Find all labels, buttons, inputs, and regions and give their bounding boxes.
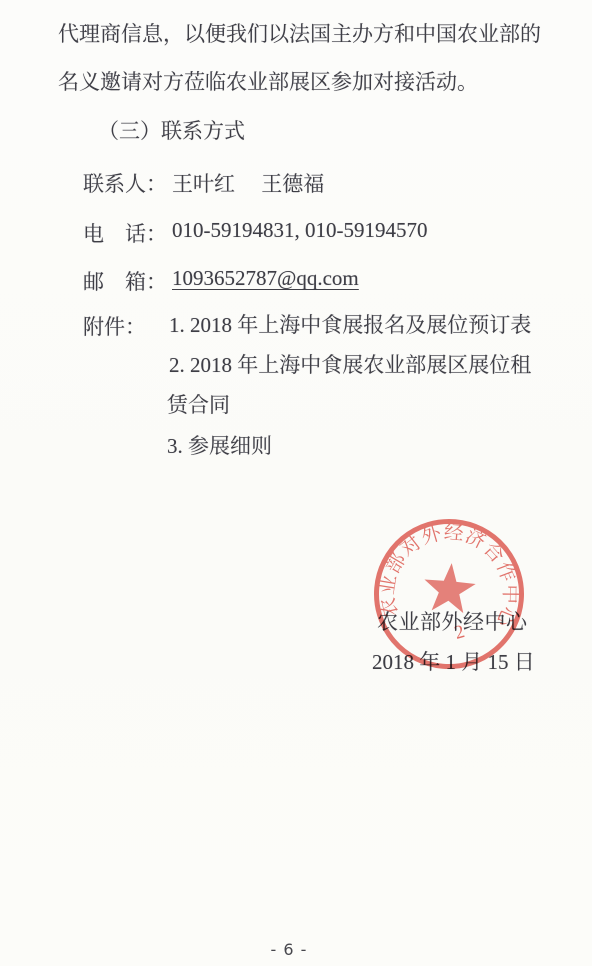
- contact-row-phone: 电 话： 010-59194831, 010-59194570: [83, 218, 592, 244]
- page-number: - 6 -: [0, 940, 578, 959]
- attachment-item-1: 1. 2018 年上海中食展报名及展位预订表: [169, 314, 531, 336]
- contact-label: 邮 箱：: [83, 266, 167, 296]
- paragraph-line-1: 代理商信息，以便我们以法国主办方和中国农业部的: [58, 23, 541, 45]
- contact-email-value: 1093652787@qq.com: [172, 266, 359, 291]
- attachment-item-2-cont: 赁合同: [167, 394, 230, 416]
- section-heading: （三）联系方式: [98, 120, 245, 142]
- attachment-item-3: 3. 参展细则: [167, 435, 272, 457]
- paragraph-line-2: 名义邀请对方莅临农业部展区参加对接活动。: [58, 71, 478, 93]
- seal-star-icon: [422, 561, 477, 614]
- signature-org: 农业部外经中心: [377, 611, 528, 633]
- contact-label: 联系人：: [83, 168, 167, 198]
- attachment-item-2: 2. 2018 年上海中食展农业部展区展位租: [169, 354, 531, 376]
- scanned-document-page: 代理商信息，以便我们以法国主办方和中国农业部的 名义邀请对方莅临农业部展区参加对…: [0, 0, 592, 966]
- contact-row-person: 联系人： 王叶红 王德福: [83, 168, 592, 194]
- contact-value: 010-59194831, 010-59194570: [172, 218, 428, 243]
- contact-row-email: 邮 箱： 1093652787@qq.com: [83, 266, 592, 292]
- contact-label: 电 话：: [83, 218, 167, 248]
- attachments-label: 附件：: [83, 316, 146, 338]
- signature-date: 2018 年 1 月 15 日: [372, 651, 535, 673]
- contact-value: 王叶红 王德福: [172, 168, 324, 198]
